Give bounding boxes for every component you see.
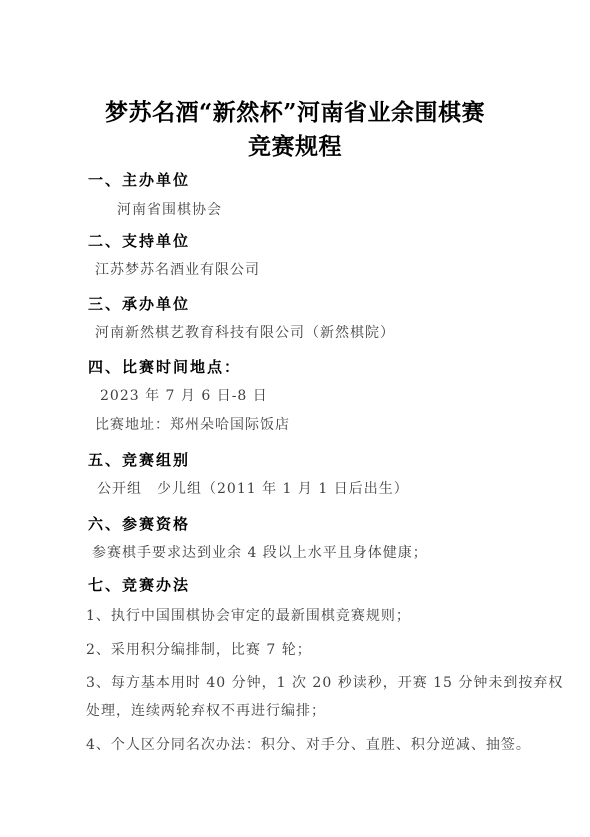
rule-line-3: 3、每方基本用时 40 分钟，1 次 20 秒读秒，开赛 15 分钟未到按弃权 [86, 676, 563, 690]
heading-host-unit: 一、主办单位 [88, 173, 190, 188]
host-unit-text: 河南省围棋协会 [117, 203, 222, 217]
eligibility-text: 参赛棋手要求达到业余 4 段以上水平且身体健康； [92, 546, 428, 560]
heading-time-place: 四、比赛时间地点： [88, 360, 241, 375]
doc-title-line2: 竞赛规程 [0, 135, 590, 158]
document-page: 梦苏名酒“新然杯”河南省业余围棋赛 竞赛规程 一、主办单位 河南省围棋协会 二、… [0, 0, 590, 837]
groups-text: 公开组 少儿组（2011 年 1 月 1 日后出生） [97, 482, 409, 496]
heading-support-unit: 二、支持单位 [88, 234, 190, 249]
organizer-unit-text: 河南新然棋艺教育科技有限公司（新然棋院） [95, 326, 395, 340]
support-unit-text: 江苏梦苏名酒业有限公司 [95, 263, 260, 277]
heading-groups: 五、竞赛组别 [88, 453, 190, 468]
competition-address-text: 比赛地址：郑州朵哈国际饭店 [95, 418, 290, 432]
rule-line-2: 2、采用积分编排制，比赛 7 轮； [86, 643, 312, 657]
heading-eligibility: 六、参赛资格 [88, 517, 190, 532]
heading-rules: 七、竞赛办法 [88, 578, 190, 593]
rule-line-3-continued: 处理，连续两轮弃权不再进行编排； [86, 704, 326, 718]
competition-date-text: 2023 年 7 月 6 日-8 日 [100, 389, 268, 403]
doc-title-line1: 梦苏名酒“新然杯”河南省业余围棋赛 [0, 101, 590, 124]
rule-line-1: 1、执行中国围棋协会审定的最新围棋竞赛规则； [86, 609, 411, 623]
heading-organizer-unit: 三、承办单位 [88, 297, 190, 312]
rule-line-4: 4、个人区分同名次办法：积分、对手分、直胜、积分逆减、抽签。 [86, 738, 531, 752]
